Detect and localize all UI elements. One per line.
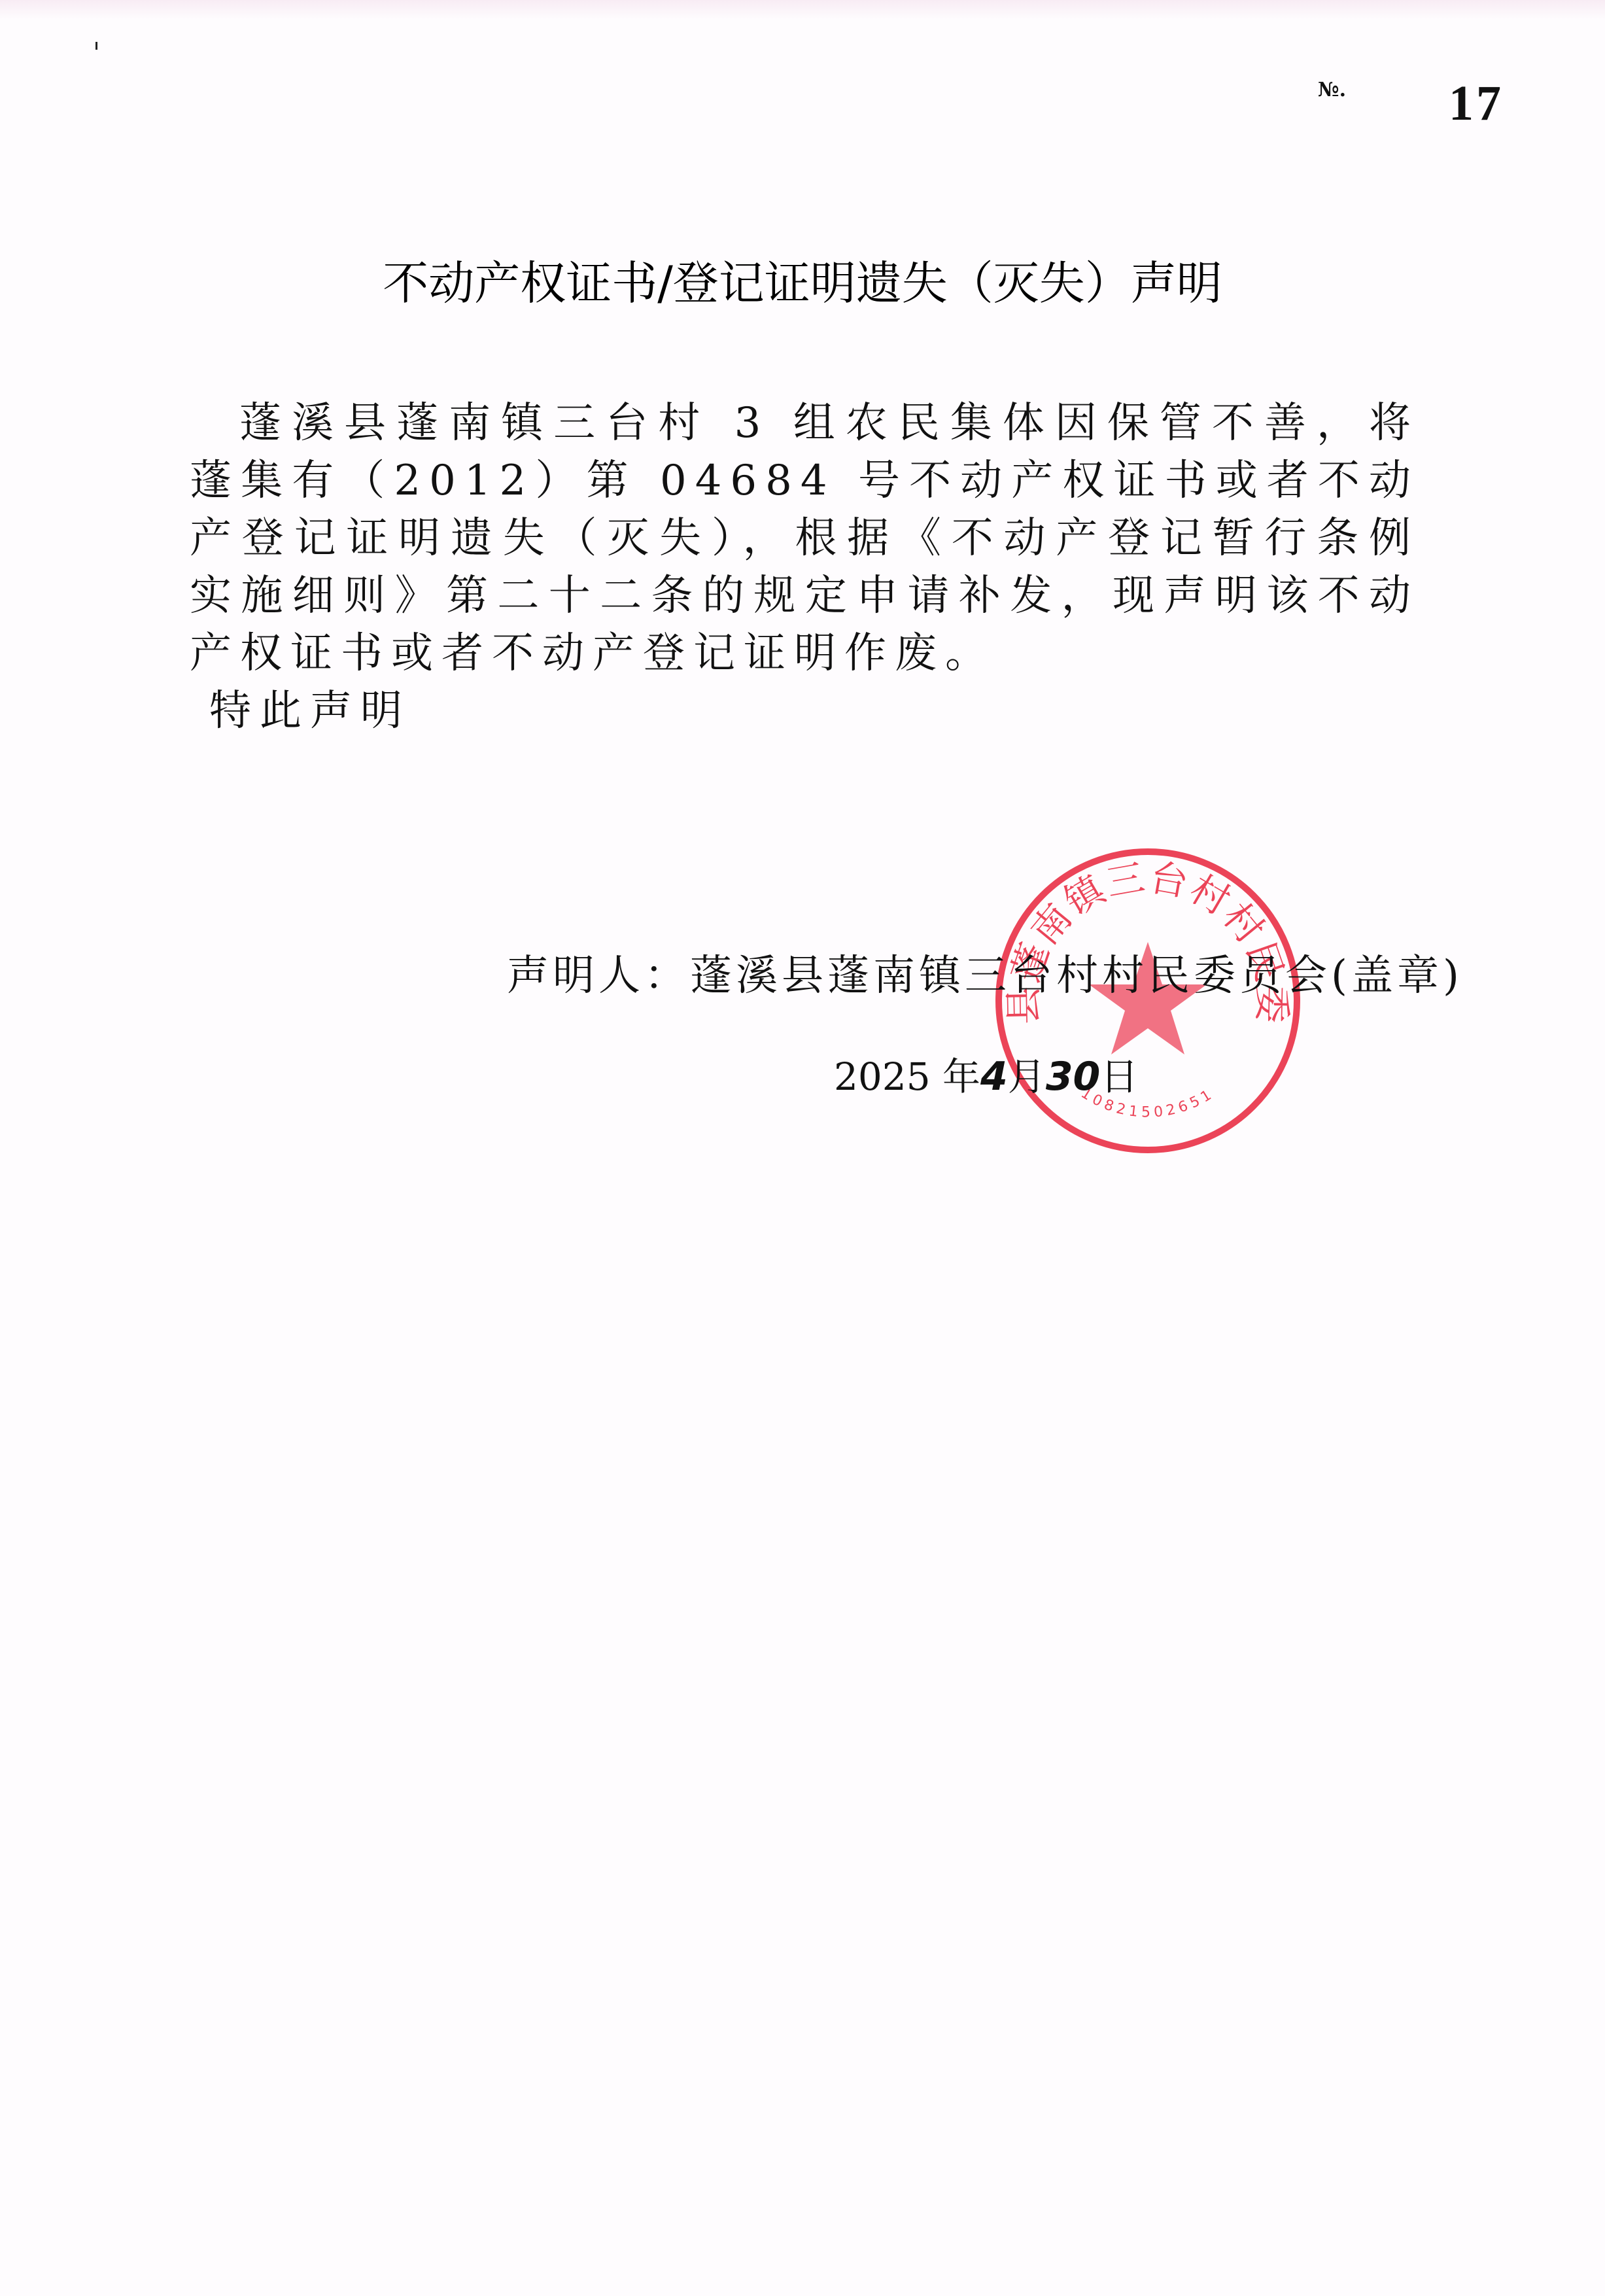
date-day-handwritten: 30 bbox=[1046, 1054, 1101, 1100]
date-day-unit: 日 bbox=[1100, 1054, 1138, 1099]
signatory-label: 声明人： bbox=[507, 952, 690, 1000]
declaration-paragraph: 蓬溪县蓬南镇三台村 3 组农民集体因保管不善，将蓬集有（2012）第 04684… bbox=[190, 394, 1419, 682]
date-year: 2025 bbox=[834, 1054, 931, 1099]
signatory-name: 蓬溪县蓬南镇三台村村民委员会 bbox=[690, 952, 1331, 1000]
date-year-unit: 年 bbox=[931, 1054, 980, 1099]
document-body: 蓬溪县蓬南镇三台村 3 组农民集体因保管不善，将蓬集有（2012）第 04684… bbox=[190, 394, 1419, 740]
signatory-line: 声明人：蓬溪县蓬南镇三台村村民委员会(盖章) bbox=[507, 947, 1463, 1005]
scan-mark bbox=[95, 42, 97, 50]
page-number: 17 bbox=[1449, 75, 1504, 132]
date-month-handwritten: 4 bbox=[980, 1054, 1008, 1100]
declaration-date: 2025 年4月30日 bbox=[834, 1048, 1138, 1105]
document-number-mark: №. bbox=[1318, 78, 1346, 101]
date-month-unit: 月 bbox=[1008, 1054, 1046, 1099]
document-page: №. 17 不动产权证书/登记证明遗失（灭失）声明 蓬溪县蓬南镇三台村 3 组农… bbox=[0, 0, 1605, 2296]
closing-phrase: 特此声明 bbox=[190, 682, 1419, 740]
seal-note: (盖章) bbox=[1331, 952, 1463, 1000]
scan-edge-tint bbox=[0, 0, 1605, 20]
document-title: 不动产权证书/登记证明遗失（灭失）声明 bbox=[0, 254, 1605, 313]
